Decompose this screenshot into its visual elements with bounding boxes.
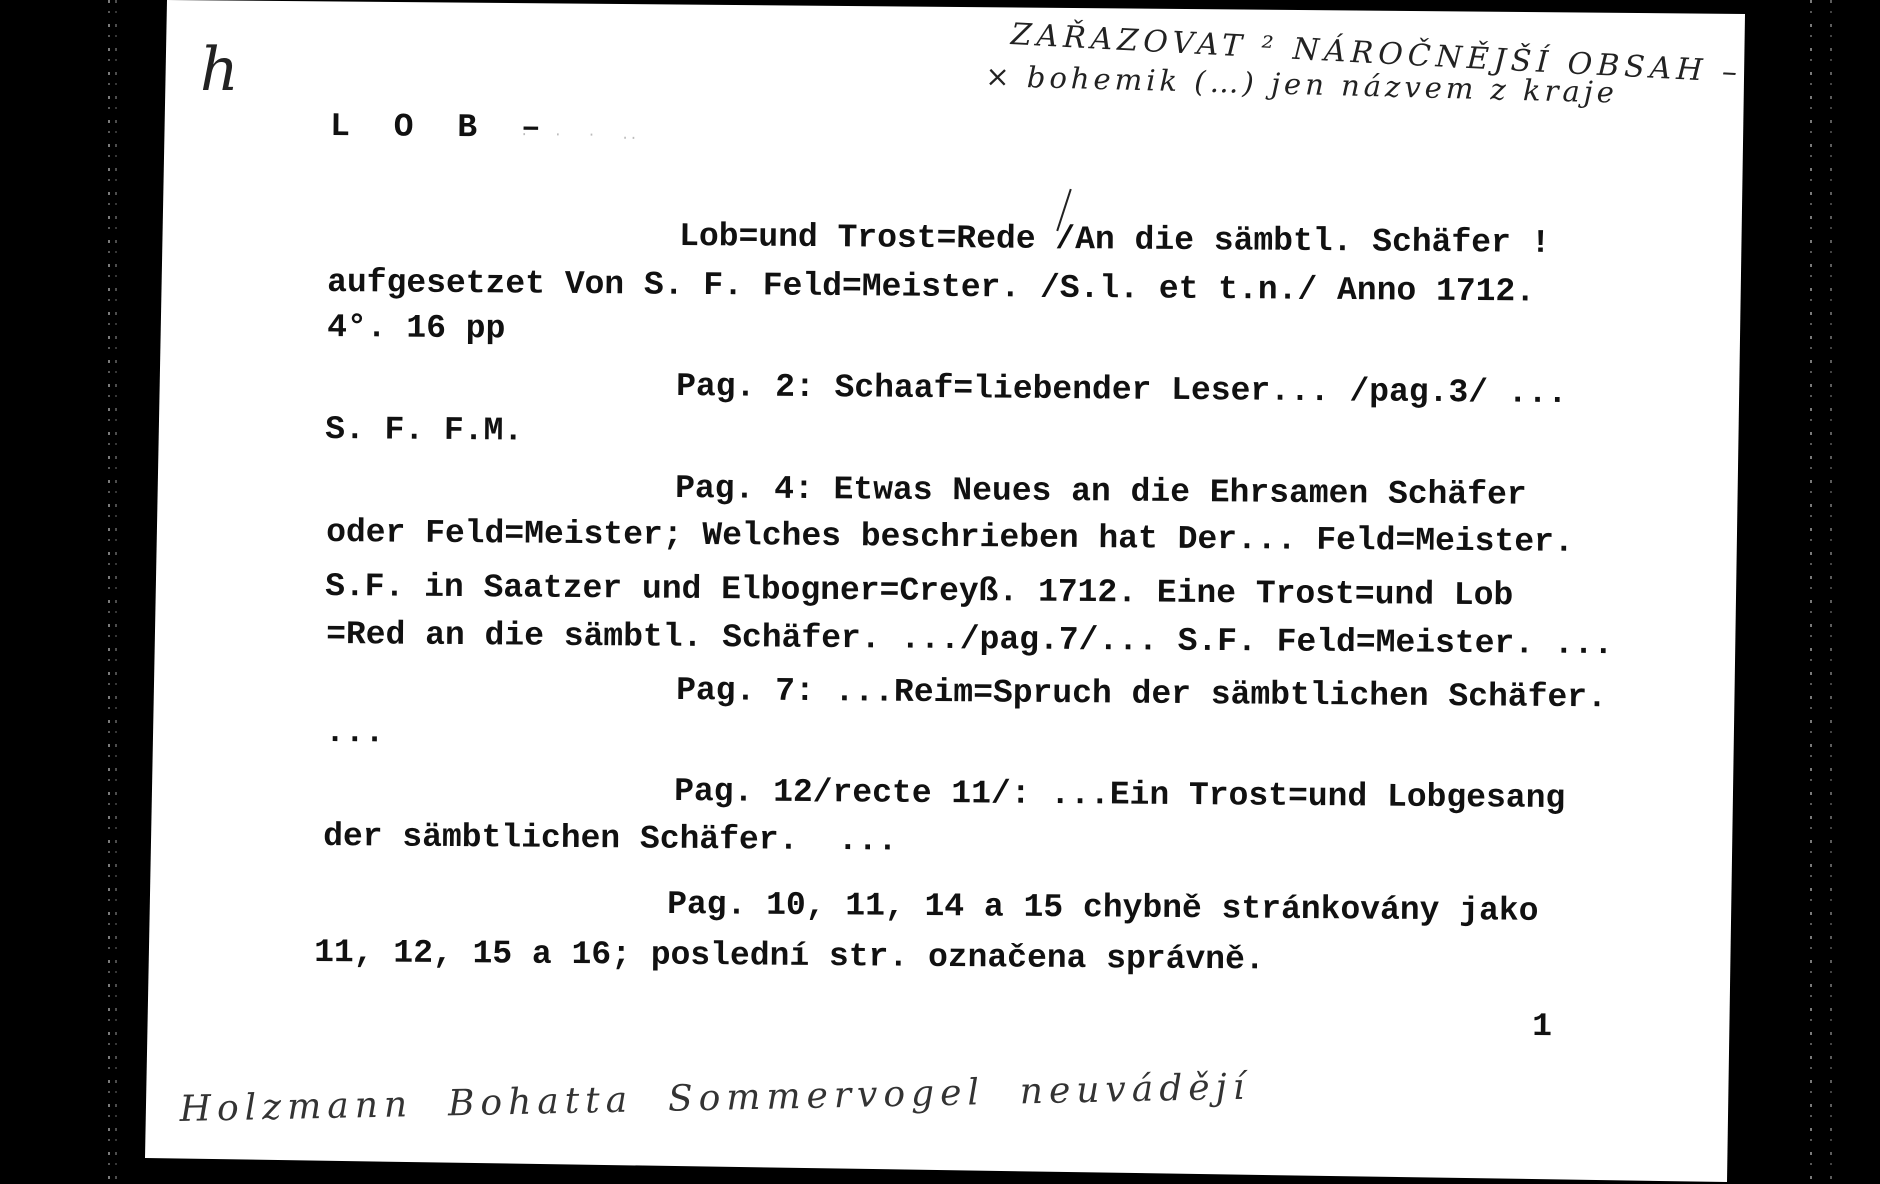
- scan-artifact-left-2: [115, 0, 117, 1184]
- scan-artifact-left-1: [108, 0, 110, 1184]
- scan-artifact-right-1: [1810, 0, 1812, 1184]
- note-pagination-error: Pag. 10, 11, 14 a 15 chybně stránkovány …: [667, 888, 1539, 928]
- note-pag-7: Pag. 7: ...Reim=Spruch der sämbtlichen S…: [676, 674, 1607, 714]
- note-pag-2: Pag. 2: Schaaf=liebender Leser... /pag.3…: [676, 370, 1567, 410]
- catalog-card: h ZAŘAZOVAT ² NÁROČNĚJŠÍ OBSAH – × bohem…: [0, 0, 1880, 1184]
- heading-faint-marks: · · · ..: [520, 128, 638, 143]
- scan-artifact-right-2: [1830, 0, 1832, 1184]
- note-pag-12: Pag. 12/recte 11/: ...Ein Trost=und Lobg…: [674, 775, 1565, 815]
- corner-handwritten-mark: h: [200, 40, 239, 100]
- card-page-number: 1: [1532, 1010, 1552, 1043]
- entry-title-line: Lob=und Trost=Rede /An die sämbtl. Schäf…: [679, 220, 1551, 260]
- note-pag-7-cont: ...: [325, 716, 385, 749]
- handwritten-note-bottom: Holzmann Bohatta Sommervogel neuvádějí: [179, 1070, 1250, 1128]
- note-pagination-error-cont: 11, 12, 15 a 16; poslední str. označena …: [314, 936, 1265, 976]
- entry-format-line: 4°. 16 pp: [327, 311, 505, 345]
- note-pag-4-cont-1: oder Feld=Meister; Welches beschrieben h…: [326, 516, 1574, 559]
- note-pag-2-cont: S. F. F.M.: [325, 413, 523, 448]
- note-pag-4-cont-2: S.F. in Saatzer und Elbogner=Creyß. 1712…: [325, 570, 1513, 612]
- note-pag-4-cont-3: =Red an die sämbtl. Schäfer. .../pag.7/.…: [326, 618, 1613, 661]
- note-pag-4: Pag. 4: Etwas Neues an die Ehrsamen Schä…: [675, 472, 1527, 512]
- entry-imprint-line: aufgesetzet Von S. F. Feld=Meister. /S.l…: [327, 266, 1535, 308]
- note-pag-12-cont: der sämbtlichen Schäfer. ...: [323, 820, 898, 858]
